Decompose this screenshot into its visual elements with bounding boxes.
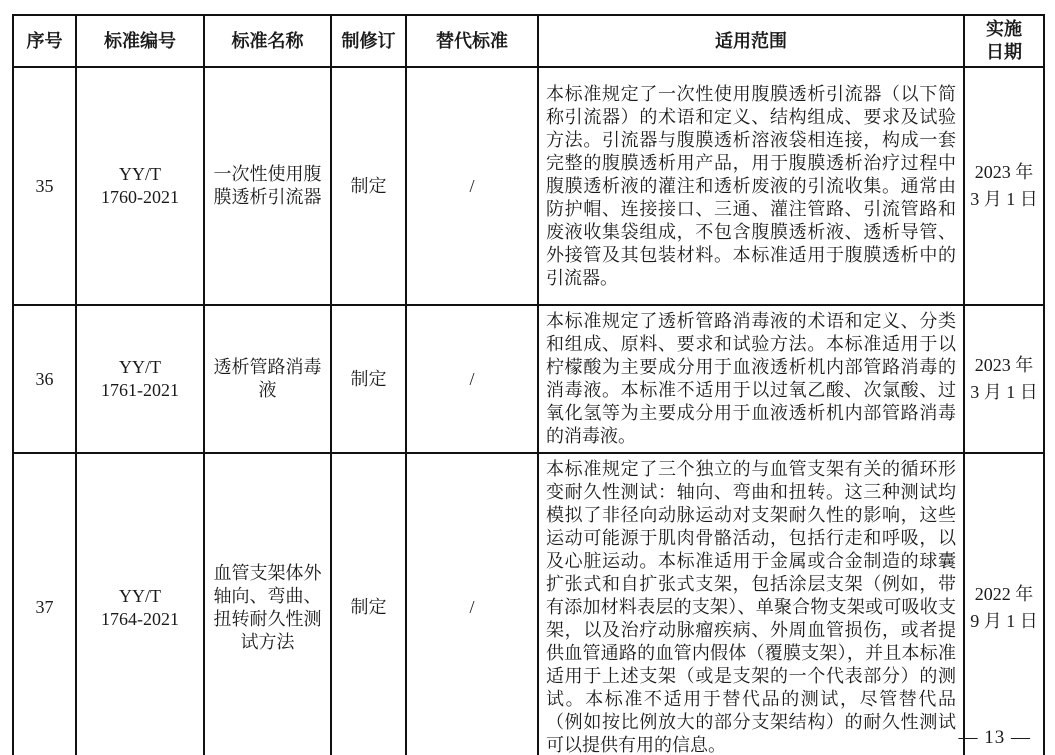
page-container: 序号 标准编号 标准名称 制修订 替代标准 适用范围 实施 日期 35 YY/T… xyxy=(0,0,1055,755)
cell-revision: 制定 xyxy=(331,305,406,453)
cell-date: 2022 年 9 月 1 日 xyxy=(964,453,1044,755)
cell-name: 一次性使用腹膜透析引流器 xyxy=(204,67,331,305)
cell-date: 2023 年 3 月 1 日 xyxy=(964,305,1044,453)
cell-replaced: / xyxy=(406,67,538,305)
cell-name: 血管支架体外轴向、弯曲、扭转耐久性测试方法 xyxy=(204,453,331,755)
standards-table: 序号 标准编号 标准名称 制修订 替代标准 适用范围 实施 日期 35 YY/T… xyxy=(12,14,1045,755)
cell-code: YY/T 1760-2021 xyxy=(76,67,204,305)
col-header-revision: 制修订 xyxy=(331,15,406,67)
cell-no: 35 xyxy=(13,67,76,305)
table-row: 37 YY/T 1764-2021 血管支架体外轴向、弯曲、扭转耐久性测试方法 … xyxy=(13,453,1044,755)
table-row: 36 YY/T 1761-2021 透析管路消毒液 制定 / 本标准规定了透析管… xyxy=(13,305,1044,453)
cell-revision: 制定 xyxy=(331,67,406,305)
col-header-name: 标准名称 xyxy=(204,15,331,67)
col-header-scope: 适用范围 xyxy=(538,15,964,67)
cell-no: 37 xyxy=(13,453,76,755)
cell-revision: 制定 xyxy=(331,453,406,755)
cell-date: 2023 年 3 月 1 日 xyxy=(964,67,1044,305)
cell-scope: 本标准规定了三个独立的与血管支架有关的循环形变耐久性测试：轴向、弯曲和扭转。这三… xyxy=(538,453,964,755)
col-header-replaced: 替代标准 xyxy=(406,15,538,67)
cell-scope: 本标准规定了透析管路消毒液的术语和定义、分类和组成、原料、要求和试验方法。本标准… xyxy=(538,305,964,453)
col-header-code: 标准编号 xyxy=(76,15,204,67)
page-number: — 13 — xyxy=(959,727,1032,749)
cell-code: YY/T 1764-2021 xyxy=(76,453,204,755)
cell-replaced: / xyxy=(406,305,538,453)
col-header-date: 实施 日期 xyxy=(964,15,1044,67)
cell-no: 36 xyxy=(13,305,76,453)
table-row: 35 YY/T 1760-2021 一次性使用腹膜透析引流器 制定 / 本标准规… xyxy=(13,67,1044,305)
cell-scope: 本标准规定了一次性使用腹膜透析引流器（以下简称引流器）的术语和定义、结构组成、要… xyxy=(538,67,964,305)
cell-code: YY/T 1761-2021 xyxy=(76,305,204,453)
cell-name: 透析管路消毒液 xyxy=(204,305,331,453)
col-header-no: 序号 xyxy=(13,15,76,67)
table-header-row: 序号 标准编号 标准名称 制修订 替代标准 适用范围 实施 日期 xyxy=(13,15,1044,67)
cell-replaced: / xyxy=(406,453,538,755)
